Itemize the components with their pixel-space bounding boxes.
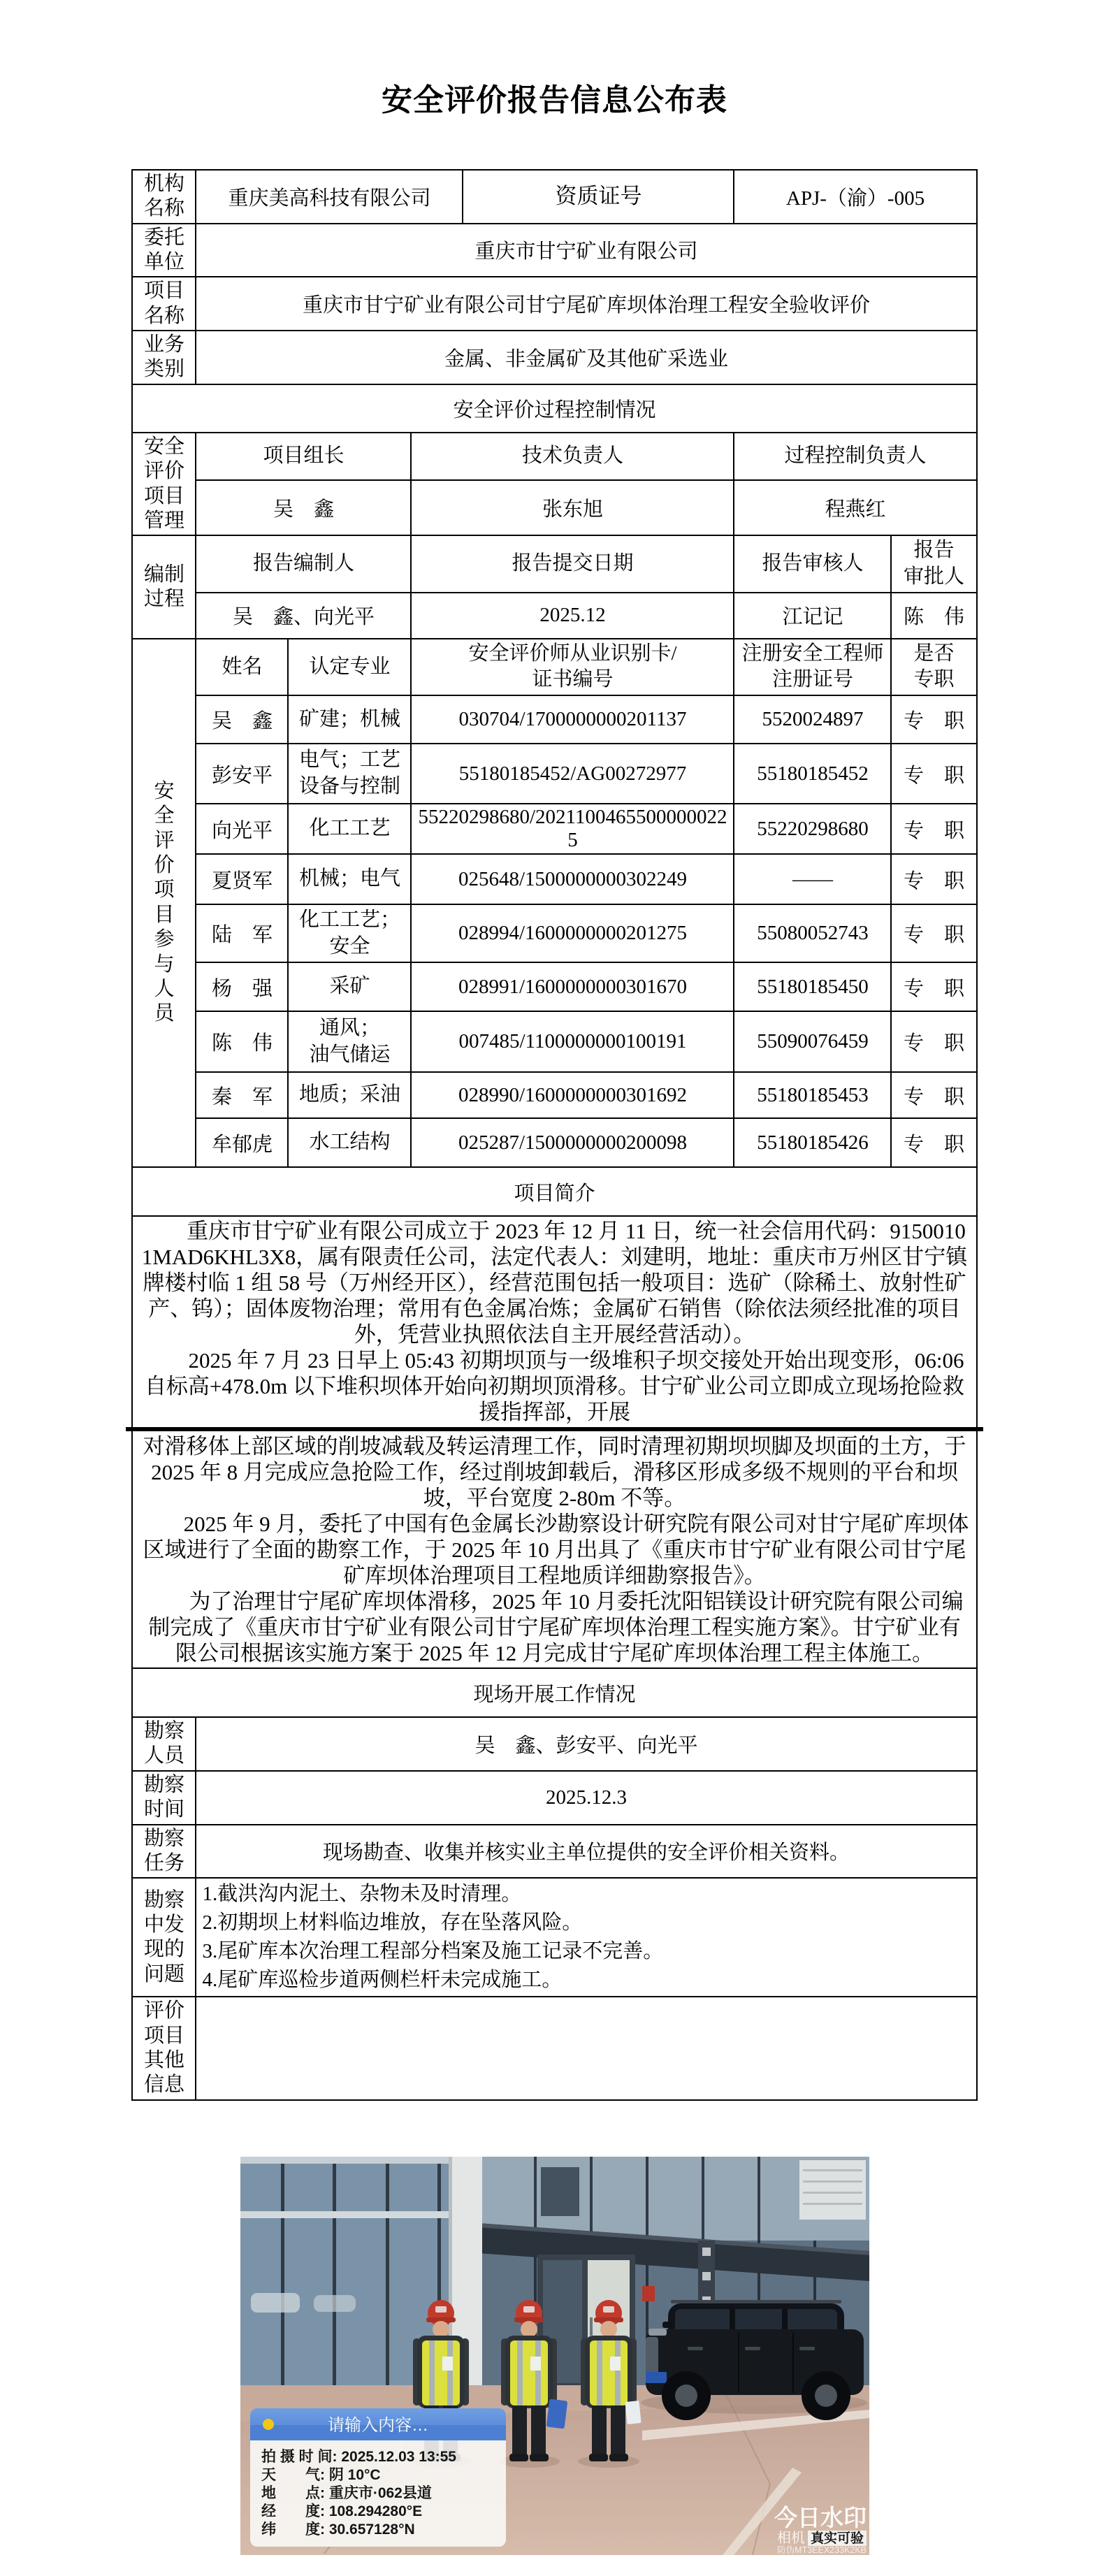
intro-paragraph: 2025 年 9 月，委托了中国有色金属长沙勘察设计研究院有限公司对甘宁尾矿库坝… <box>138 1511 970 1589</box>
participant-specialty: 通风； 油气储运 <box>288 1011 411 1072</box>
participant-specialty: 水工结构 <box>288 1118 411 1167</box>
mgmt-header-leader: 项目组长 <box>196 433 411 480</box>
report-table: 机构 名称 重庆美高科技有限公司 资质证号 APJ-（渝）-005 委托 单位 … <box>131 169 977 2101</box>
col-header-specialty: 认定专业 <box>288 639 411 695</box>
comp-header-row: 编制 过程 报告编制人 报告提交日期 报告审核人 报告 审批人 <box>132 535 976 592</box>
survey-time-row: 勘察 时间 2025.12.3 <box>132 1771 976 1825</box>
participant-name: 吴 鑫 <box>196 695 288 744</box>
stamp-row: 经 度: 108.294280°E <box>261 2503 422 2519</box>
intro-content: 重庆市甘宁矿业有限公司成立于 2023 年 12 月 11 日，统一社会信用代码… <box>132 1216 976 1668</box>
problem-item: 4.尾矿库巡检步道两侧栏杆未完成施工。 <box>202 1966 970 1995</box>
participant-reg-no: —— <box>734 854 891 904</box>
comp-header-writer: 报告编制人 <box>196 535 411 592</box>
client-row: 委托 单位 重庆市甘宁矿业有限公司 <box>132 224 976 277</box>
intro-section-header: 项目简介 <box>132 1167 976 1216</box>
comp-header-approver: 报告 审批人 <box>891 535 976 592</box>
participant-row: 夏贤军 机械；电气 025648/1500000000302249 —— 专 职 <box>132 854 976 904</box>
participant-specialty: 矿建；机械 <box>288 695 411 744</box>
brand-title: 今日水印 <box>774 2505 867 2531</box>
participant-row: 彭安平 电气；工艺 设备与控制 55180185452/AG00272977 5… <box>132 744 976 804</box>
participant-name: 牟郁虎 <box>196 1118 288 1167</box>
intro-paragraph: 对滑移体上部区域的削坡减载及转运清理工作，同时清理初期坝坝脚及坝面的土方，于 2… <box>138 1433 970 1511</box>
mgmt-header-tech: 技术负责人 <box>411 433 734 480</box>
participant-row: 陆 军 化工工艺； 安全 028994/1600000000201275 550… <box>132 904 976 962</box>
cert-no-label: 资质证号 <box>463 170 734 224</box>
survey-problems-label: 勘察 中发 现的 问题 <box>132 1878 196 1997</box>
process-section-header: 安全评价过程控制情况 <box>132 384 976 433</box>
survey-problems-list: 1.截洪沟内泥土、杂物未及时清理。 2.初期坝上材料临边堆放，存在坠落风险。 3… <box>196 1878 976 1997</box>
project-name-value: 重庆市甘宁矿业有限公司甘宁尾矿库坝体治理工程安全验收评价 <box>196 277 976 331</box>
comp-value-date: 2025.12 <box>411 593 734 639</box>
survey-personnel-label: 勘察 人员 <box>132 1717 196 1771</box>
survey-personnel-row: 勘察 人员 吴 鑫、彭安平、向光平 <box>132 1717 976 1771</box>
project-name-label: 项目 名称 <box>132 277 196 331</box>
project-row: 项目 名称 重庆市甘宁矿业有限公司甘宁尾矿库坝体治理工程安全验收评价 <box>132 277 976 331</box>
participant-cert-no: 028990/1600000000301692 <box>411 1072 734 1118</box>
comp-header-reviewer: 报告审核人 <box>734 535 891 592</box>
business-type-value: 金属、非金属矿及其他矿采选业 <box>196 331 976 384</box>
participant-reg-no: 55180185453 <box>734 1072 891 1118</box>
participant-specialty: 采矿 <box>288 962 411 1011</box>
intro-paragraph: 2025 年 7 月 23 日早上 05:43 初期坝顶与一级堆积子坝交接处开始… <box>138 1347 970 1425</box>
brand-camera-label: 相机 <box>777 2530 805 2546</box>
survey-personnel-value: 吴 鑫、彭安平、向光平 <box>196 1717 976 1771</box>
participant-name: 陈 伟 <box>196 1011 288 1072</box>
col-header-cert: 安全评价师从业识别卡/ 证书编号 <box>411 639 734 695</box>
page-title: 安全评价报告信息公布表 <box>0 0 1109 123</box>
participant-name: 夏贤军 <box>196 854 288 904</box>
survey-time-label: 勘察 时间 <box>132 1771 196 1825</box>
stamp-row: 纬 度: 30.657128°N <box>261 2521 415 2538</box>
participant-cert-no: 025287/1500000000200098 <box>411 1118 734 1167</box>
intro-paragraph: 为了治理甘宁尾矿库坝体滑移，2025 年 10 月委托沈阳铝镁设计研究院有限公司… <box>138 1589 970 1666</box>
participant-name: 秦 军 <box>196 1072 288 1118</box>
participant-fulltime: 专 职 <box>891 1011 976 1072</box>
comp-header-date: 报告提交日期 <box>411 535 734 592</box>
participant-fulltime: 专 职 <box>891 962 976 1011</box>
org-row: 机构 名称 重庆美高科技有限公司 资质证号 APJ-（渝）-005 <box>132 170 976 224</box>
participant-cert-no: 025648/1500000000302249 <box>411 854 734 904</box>
intro-content-row: 重庆市甘宁矿业有限公司成立于 2023 年 12 月 11 日，统一社会信用代码… <box>132 1216 976 1668</box>
participant-cert-no: 028994/1600000000201275 <box>411 904 734 962</box>
col-header-fulltime: 是否 专职 <box>891 639 976 695</box>
participant-fulltime: 专 职 <box>891 695 976 744</box>
survey-problems-row: 勘察 中发 现的 问题 1.截洪沟内泥土、杂物未及时清理。 2.初期坝上材料临边… <box>132 1878 976 1997</box>
mgmt-header-control: 过程控制负责人 <box>734 433 976 480</box>
participant-reg-no: 55220298680 <box>734 804 891 854</box>
business-type-label: 业务 类别 <box>132 331 196 384</box>
red-sign <box>642 2286 655 2301</box>
client-value: 重庆市甘宁矿业有限公司 <box>196 224 976 277</box>
participant-reg-no: 55180185450 <box>734 962 891 1011</box>
participant-reg-no: 55180185452 <box>734 744 891 804</box>
process-section-row: 安全评价过程控制情况 <box>132 384 976 433</box>
comp-value-writer: 吴 鑫、向光平 <box>196 593 411 639</box>
participant-row: 向光平 化工工艺 55220298680/2021100465500000022… <box>132 804 976 854</box>
org-name-label: 机构 名称 <box>132 170 196 224</box>
stamp-row: 天 气: 阴 10°C <box>261 2466 381 2483</box>
survey-task-row: 勘察 任务 现场勘查、收集并核实业主单位提供的安全评价相关资料。 <box>132 1825 976 1879</box>
mgmt-side-label: 安全 评价 项目 管理 <box>132 433 196 536</box>
brand-verify-badge: 真实可验 <box>811 2530 864 2546</box>
participant-cert-no: 55220298680/20211004655000000225 <box>411 804 734 854</box>
participant-fulltime: 专 职 <box>891 804 976 854</box>
participant-reg-no: 55180185426 <box>734 1118 891 1167</box>
participant-specialty: 电气；工艺 设备与控制 <box>288 744 411 804</box>
mgmt-value-control: 程燕红 <box>734 480 976 535</box>
participant-fulltime: 专 职 <box>891 1118 976 1167</box>
participant-specialty: 机械；电气 <box>288 854 411 904</box>
stamp-row: 地 点: 重庆市·062县道 <box>261 2484 432 2501</box>
mgmt-value-leader: 吴 鑫 <box>196 480 411 535</box>
survey-time-value: 2025.12.3 <box>196 1771 976 1825</box>
participants-side-label: 安 全 评 价 项 目 参 与 人 员 <box>132 639 196 1167</box>
other-info-label: 评价 项目 其他 信息 <box>132 1997 196 2100</box>
page-break-line <box>126 1427 983 1431</box>
survey-task-value: 现场勘查、收集并核实业主单位提供的安全评价相关资料。 <box>196 1825 976 1879</box>
participant-cert-no: 007485/1100000000100191 <box>411 1011 734 1072</box>
intro-section-row: 项目简介 <box>132 1167 976 1216</box>
client-label: 委托 单位 <box>132 224 196 277</box>
participant-row: 秦 军 地质；采油 028990/1600000000301692 551801… <box>132 1072 976 1118</box>
mgmt-header-row: 安全 评价 项目 管理 项目组长 技术负责人 过程控制负责人 <box>132 433 976 480</box>
comp-value-row: 吴 鑫、向光平 2025.12 江记记 陈 伟 <box>132 593 976 639</box>
comp-side-label: 编制 过程 <box>132 535 196 638</box>
col-header-reg: 注册安全工程师 注册证号 <box>734 639 891 695</box>
stamp-row: 拍 摄 时 间: 2025.12.03 13:55 <box>261 2448 456 2465</box>
participant-specialty: 化工工艺 <box>288 804 411 854</box>
participants-header-row: 安 全 评 价 项 目 参 与 人 员 姓名 认定专业 安全评价师从业识别卡/ … <box>132 639 976 695</box>
site-section-header: 现场开展工作情况 <box>132 1668 976 1717</box>
other-info-value <box>196 1997 976 2100</box>
participant-fulltime: 专 职 <box>891 854 976 904</box>
mgmt-value-row: 吴 鑫 张东旭 程燕红 <box>132 480 976 535</box>
participant-cert-no: 55180185452/AG00272977 <box>411 744 734 804</box>
comp-value-reviewer: 江记记 <box>734 593 891 639</box>
participant-reg-no: 55080052743 <box>734 904 891 962</box>
site-section-row: 现场开展工作情况 <box>132 1668 976 1717</box>
participant-reg-no: 5520024897 <box>734 695 891 744</box>
participant-row: 牟郁虎 水工结构 025287/1500000000200098 5518018… <box>132 1118 976 1167</box>
brand-anticounterfeit: 防伪MT3EEX233K2KB <box>777 2545 867 2555</box>
watermark-stamp: 请输入内容… 拍 摄 时 间: 2025.12.03 13:55 天 气: 阴 … <box>250 2408 506 2547</box>
problem-item: 3.尾矿库本次治理工程部分档案及施工记录不完善。 <box>202 1937 970 1966</box>
blue-folder <box>546 2398 567 2429</box>
participant-reg-no: 55090076459 <box>734 1011 891 1072</box>
participant-name: 向光平 <box>196 804 288 854</box>
other-info-row: 评价 项目 其他 信息 <box>132 1997 976 2100</box>
intro-paragraph: 重庆市甘宁矿业有限公司成立于 2023 年 12 月 11 日，统一社会信用代码… <box>138 1218 970 1347</box>
problem-item: 1.截洪沟内泥土、杂物未及时清理。 <box>202 1880 970 1909</box>
participant-fulltime: 专 职 <box>891 1072 976 1118</box>
comp-value-approver: 陈 伟 <box>891 593 976 639</box>
participant-fulltime: 专 职 <box>891 744 976 804</box>
suv-car <box>641 2300 867 2420</box>
stamp-title: 请输入内容… <box>328 2416 428 2435</box>
participant-cert-no: 030704/1700000000201137 <box>411 695 734 744</box>
participant-specialty: 化工工艺； 安全 <box>288 904 411 962</box>
participant-name: 彭安平 <box>196 744 288 804</box>
site-photo: 请输入内容… 拍 摄 时 间: 2025.12.03 13:55 天 气: 阴 … <box>240 2157 869 2555</box>
participant-specialty: 地质；采油 <box>288 1072 411 1118</box>
cert-no-value: APJ-（渝）-005 <box>734 170 976 224</box>
participant-row: 吴 鑫 矿建；机械 030704/1700000000201137 552002… <box>132 695 976 744</box>
survey-task-label: 勘察 任务 <box>132 1825 196 1879</box>
participant-row: 杨 强 采矿 028991/1600000000301670 551801854… <box>132 962 976 1011</box>
participant-name: 杨 强 <box>196 962 288 1011</box>
participant-fulltime: 专 职 <box>891 904 976 962</box>
org-name-value: 重庆美高科技有限公司 <box>196 170 463 224</box>
mgmt-value-tech: 张东旭 <box>411 480 734 535</box>
participant-row: 陈 伟 通风； 油气储运 007485/1100000000100191 550… <box>132 1011 976 1072</box>
participant-cert-no: 028991/1600000000301670 <box>411 962 734 1011</box>
participant-name: 陆 军 <box>196 904 288 962</box>
stamp-dot-icon <box>263 2419 274 2430</box>
business-row: 业务 类别 金属、非金属矿及其他矿采选业 <box>132 331 976 384</box>
white-papers <box>625 2401 641 2424</box>
problem-item: 2.初期坝上材料临边堆放，存在坠落风险。 <box>202 1909 970 1937</box>
brand-watermark: 今日水印 相机 真实可验 防伪MT3EEX233K2KB <box>774 2505 867 2555</box>
col-header-name: 姓名 <box>196 639 288 695</box>
